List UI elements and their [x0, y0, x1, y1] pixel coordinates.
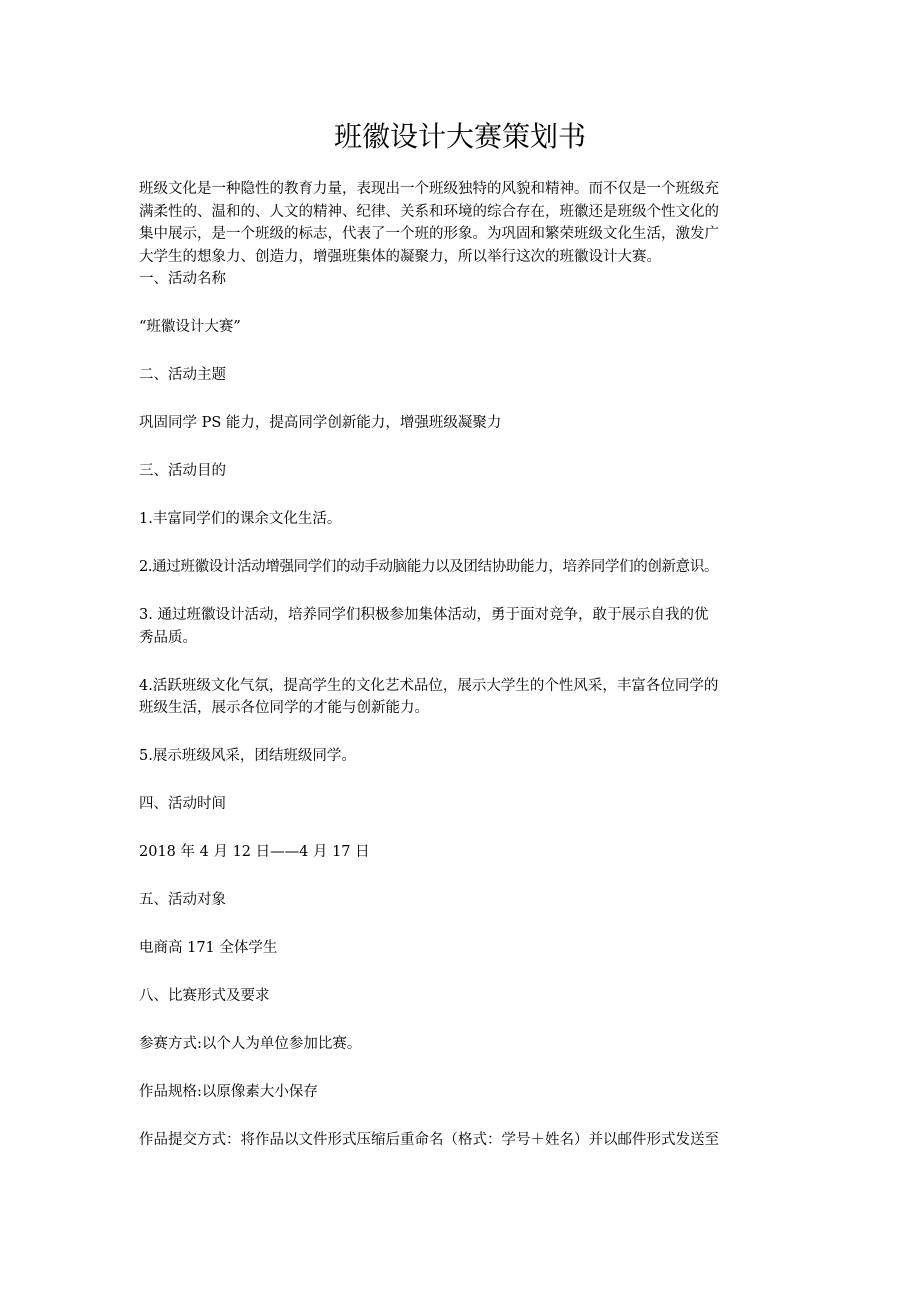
activity-time-text: 2018 年 4 月 12 日——4 月 17 日 [139, 841, 787, 864]
section-heading-competition-format: 八、比赛形式及要求 [139, 985, 787, 1008]
section-heading-activity-theme: 二、活动主题 [139, 364, 787, 387]
purpose-item-3: 3. 通过班徽设计活动，培养同学们积极参加集体活动，勇于面对竞争，敢于展示自我的… [139, 604, 787, 649]
document-body: 班级文化是一种隐性的教育力量，表现出一个班级独特的风貌和精神。而不仅是一个班级充… [139, 178, 787, 1152]
activity-target-text: 电商高 171 全体学生 [139, 937, 787, 960]
section-heading-activity-name: 一、活动名称 [139, 268, 787, 291]
purpose-item-4-line: 班级生活，展示各位同学的才能与创新能力。 [139, 697, 787, 720]
section-heading-activity-target: 五、活动对象 [139, 889, 787, 912]
intro-line: 大学生的想象力、创造力，增强班集体的凝聚力，所以举行这次的班徽设计大赛。 [139, 246, 787, 269]
purpose-item-4-line: 4.活跃班级文化气氛，提高学生的文化艺术品位，展示大学生的个性风采，丰富各位同学… [139, 675, 787, 698]
purpose-item-2: 2.通过班徽设计活动增强同学们的动手动脑能力以及团结协助能力，培养同学们的创新意… [139, 556, 787, 579]
format-item-entry: 参赛方式:以个人为单位参加比赛。 [139, 1033, 787, 1056]
document-title: 班徽设计大赛策划书 [0, 119, 920, 155]
purpose-item-3-line: 3. 通过班徽设计活动，培养同学们积极参加集体活动，勇于面对竞争，敢于展示自我的… [139, 604, 787, 627]
purpose-item-3-line: 秀品质。 [139, 627, 787, 650]
intro-line: 集中展示，是一个班级的标志，代表了一个班的形象。为巩固和繁荣班级文化生活，激发广 [139, 223, 787, 246]
purpose-item-1: 1.丰富同学们的课余文化生活。 [139, 508, 787, 531]
section-heading-activity-time: 四、活动时间 [139, 793, 787, 816]
format-item-spec: 作品规格:以原像素大小保存 [139, 1081, 787, 1104]
activity-name-text: “班徽设计大赛” [139, 316, 787, 339]
intro-paragraph: 班级文化是一种隐性的教育力量，表现出一个班级独特的风貌和精神。而不仅是一个班级充… [139, 178, 787, 268]
purpose-item-4: 4.活跃班级文化气氛，提高学生的文化艺术品位，展示大学生的个性风采，丰富各位同学… [139, 675, 787, 720]
format-item-submission: 作品提交方式：将作品以文件形式压缩后重命名（格式：学号＋姓名）并以邮件形式发送至 [139, 1129, 787, 1152]
document-page: 班徽设计大赛策划书 班级文化是一种隐性的教育力量，表现出一个班级独特的风貌和精神… [0, 0, 920, 1302]
purpose-item-5: 5.展示班级风采，团结班级同学。 [139, 745, 787, 768]
activity-theme-text: 巩固同学 PS 能力，提高同学创新能力，增强班级凝聚力 [139, 412, 787, 435]
section-heading-activity-purpose: 三、活动目的 [139, 460, 787, 483]
intro-line: 满柔性的、温和的、人文的精神、纪律、关系和环境的综合存在，班徽还是班级个性文化的 [139, 201, 787, 224]
intro-line: 班级文化是一种隐性的教育力量，表现出一个班级独特的风貌和精神。而不仅是一个班级充 [139, 178, 787, 201]
